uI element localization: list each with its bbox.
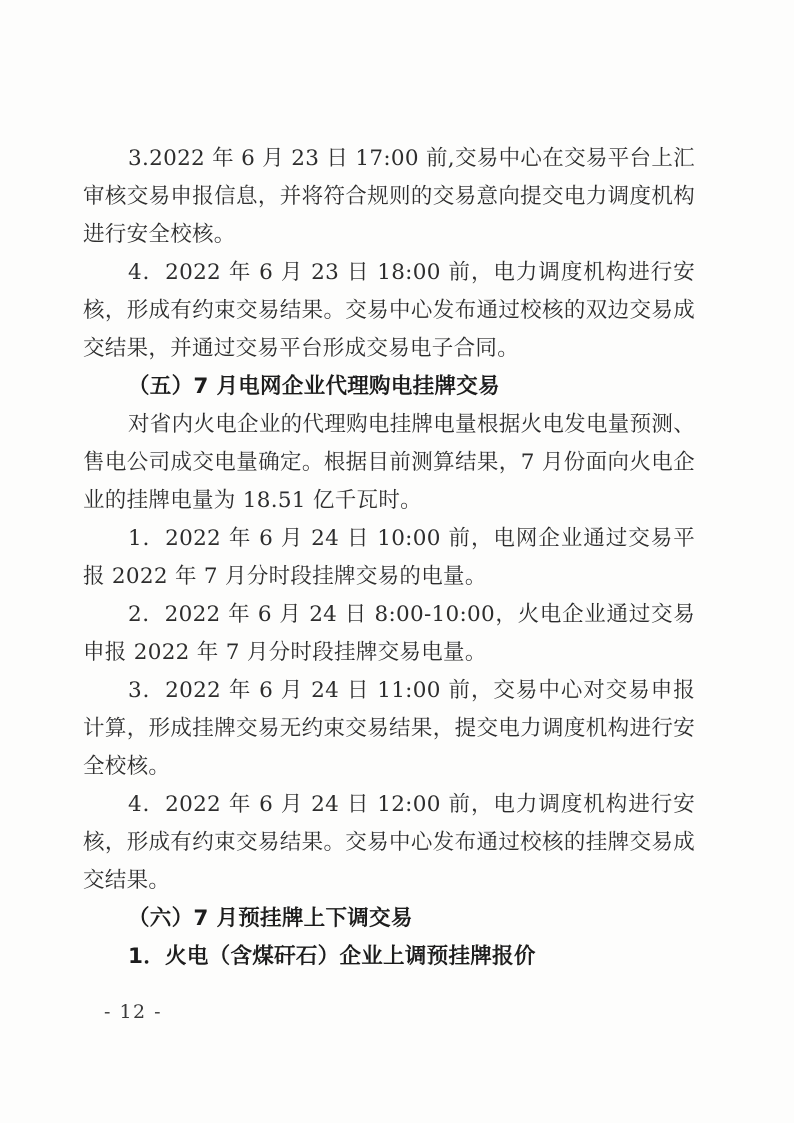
paragraph-line: 业的挂牌电量为 18.51 亿千瓦时。 bbox=[83, 482, 695, 520]
paragraph-line: 3.2022 年 6 月 23 日 17:00 前,交易中心在交易平台上汇总、 bbox=[83, 140, 695, 178]
paragraph-line: 交结果。 bbox=[83, 862, 695, 900]
paragraph-line: 2．2022 年 6 月 24 日 8:00-10:00，火电企业通过交易平台 bbox=[83, 596, 695, 634]
heading-line: （五）7 月电网企业代理购电挂牌交易 bbox=[83, 368, 695, 406]
paragraph-line: 1．2022 年 6 月 24 日 10:00 前，电网企业通过交易平台申 bbox=[83, 520, 695, 558]
document-page: 3.2022 年 6 月 23 日 17:00 前,交易中心在交易平台上汇总、审… bbox=[0, 0, 794, 1123]
paragraph-line: 核，形成有约束交易结果。交易中心发布通过校核的挂牌交易成 bbox=[83, 824, 695, 862]
paragraph-line: 对省内火电企业的代理购电挂牌电量根据火电发电量预测、 bbox=[83, 406, 695, 444]
paragraph-line: 计算，形成挂牌交易无约束交易结果，提交电力调度机构进行安 bbox=[83, 710, 695, 748]
paragraph-line: 4．2022 年 6 月 24 日 12:00 前，电力调度机构进行安全校 bbox=[83, 786, 695, 824]
paragraph-line: 4．2022 年 6 月 23 日 18:00 前，电力调度机构进行安全校 bbox=[83, 254, 695, 292]
paragraph-line: 核，形成有约束交易结果。交易中心发布通过校核的双边交易成 bbox=[83, 292, 695, 330]
paragraph-line: 进行安全校核。 bbox=[83, 216, 695, 254]
paragraph-line: 3．2022 年 6 月 24 日 11:00 前，交易中心对交易申报进行 bbox=[83, 672, 695, 710]
paragraph-line: 申报 2022 年 7 月分时段挂牌交易电量。 bbox=[83, 634, 695, 672]
page-footer: - 12 - bbox=[104, 997, 162, 1027]
paragraph-line: 交结果，并通过交易平台形成交易电子合同。 bbox=[83, 330, 695, 368]
page-number: - 12 - bbox=[104, 1001, 162, 1023]
paragraph-line: 报 2022 年 7 月分时段挂牌交易的电量。 bbox=[83, 558, 695, 596]
heading-line: 1．火电（含煤矸石）企业上调预挂牌报价 bbox=[83, 938, 695, 976]
paragraph-line: 审核交易申报信息，并将符合规则的交易意向提交电力调度机构 bbox=[83, 178, 695, 216]
paragraph-line: 售电公司成交电量确定。根据目前测算结果，7 月份面向火电企 bbox=[83, 444, 695, 482]
document-body: 3.2022 年 6 月 23 日 17:00 前,交易中心在交易平台上汇总、审… bbox=[83, 140, 695, 976]
paragraph-line: 全校核。 bbox=[83, 748, 695, 786]
heading-line: （六）7 月预挂牌上下调交易 bbox=[83, 900, 695, 938]
